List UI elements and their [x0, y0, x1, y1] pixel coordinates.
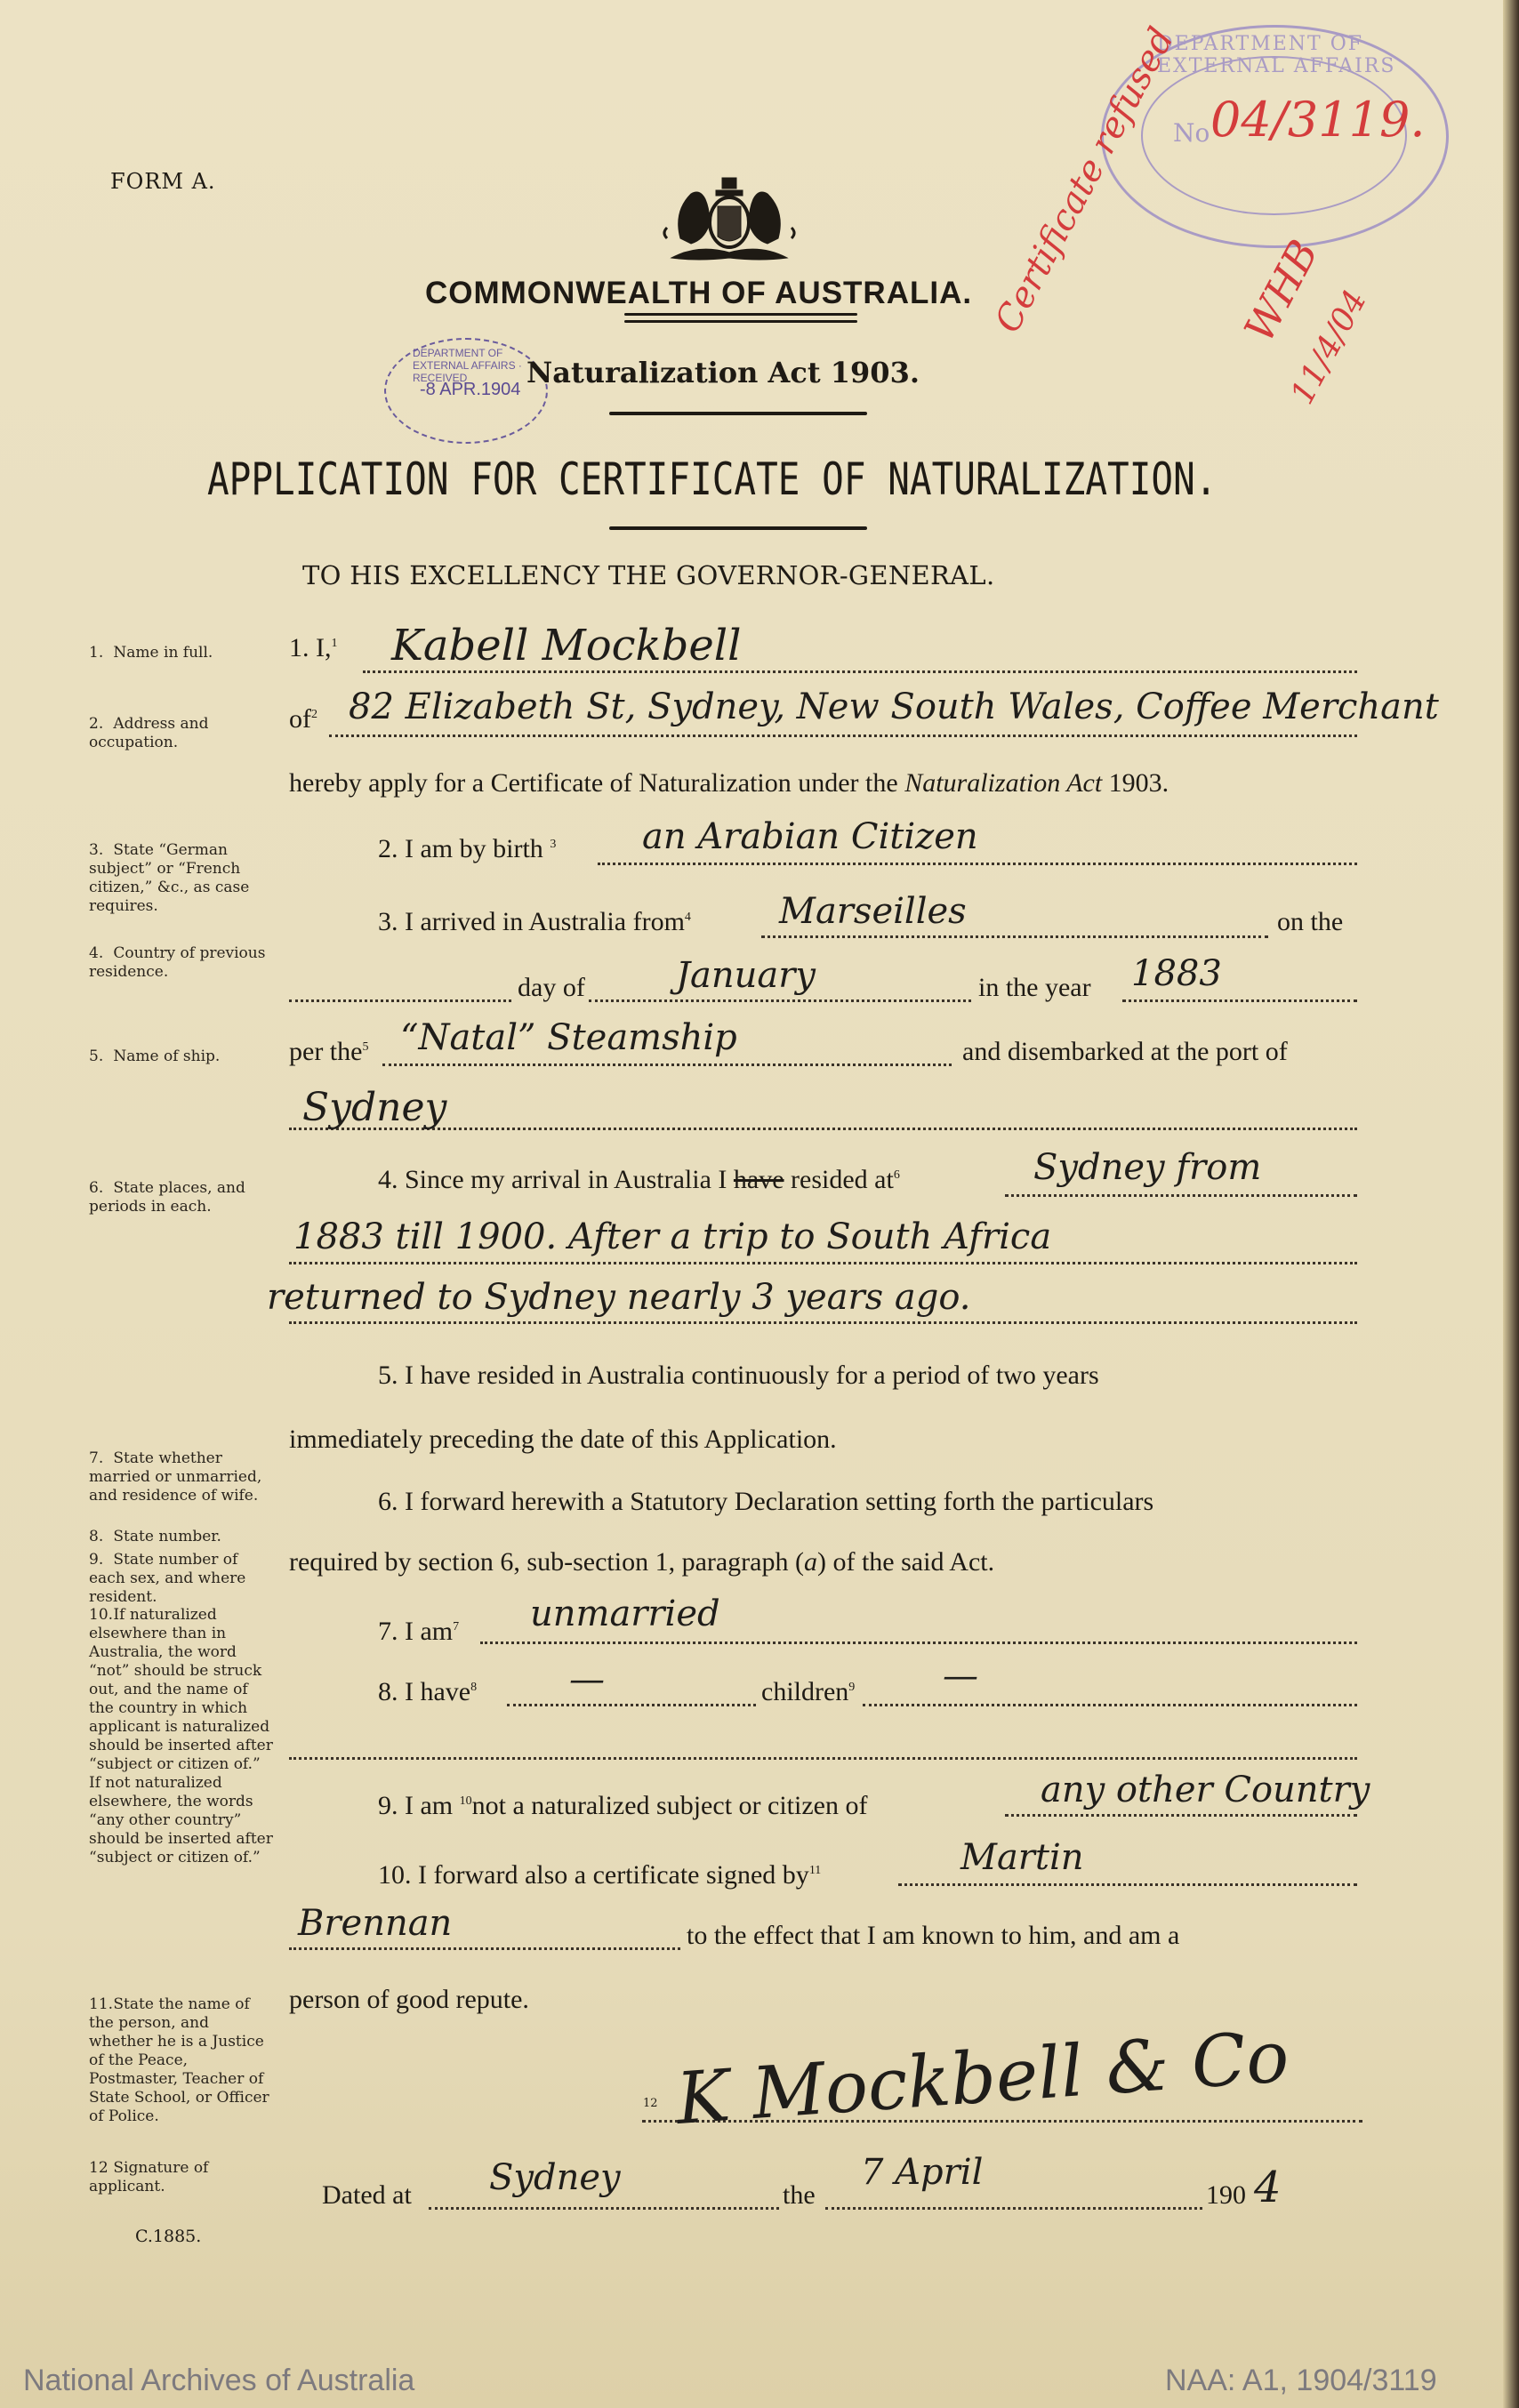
arrived-from[interactable]: Marseilles — [779, 891, 967, 932]
margin-note-6: 6. State places, and periods in each. — [89, 1179, 276, 1216]
document-title: APPLICATION FOR CERTIFICATE OF NATURALIZ… — [207, 454, 1217, 505]
certificate-signer-first[interactable]: Martin — [960, 1837, 1084, 1878]
dated-at-label: Dated at — [322, 2180, 412, 2211]
form-code: C.1885. — [135, 2227, 201, 2246]
footer-reference: NAA: A1, 1904/3119 — [1165, 2364, 1437, 2398]
name-line — [363, 670, 1357, 673]
double-rule-top — [624, 313, 857, 316]
p3-per-the: per the5 — [289, 1037, 368, 1067]
addressee: TO HIS EXCELLENCY THE GOVERNOR-GENERAL. — [302, 560, 994, 590]
department-stamp-number-prefix: No — [1173, 118, 1210, 148]
dated-place-line — [429, 2207, 779, 2210]
act-title: Naturalization Act 1903. — [526, 356, 920, 389]
margin-note-12: 12 Signature of applicant. — [89, 2159, 276, 2196]
double-rule-bottom — [624, 320, 857, 323]
p3-disembarked: and disembarked at the port of — [962, 1037, 1288, 1067]
document-page: FORM A. COMMONWEALTH OF AUSTRALIA. DEPAR… — [0, 0, 1508, 2408]
p1-of: of2 — [289, 704, 317, 734]
disembark-port[interactable]: Sydney — [302, 1085, 446, 1130]
p8-children: children9 — [761, 1677, 855, 1707]
p10-effect: to the effect that I am known to him, an… — [687, 1921, 1179, 1951]
children-number-line — [507, 1704, 756, 1706]
p1-prefix: 1. I,1 — [289, 633, 338, 663]
birth-nationality[interactable]: an Arabian Citizen — [642, 816, 978, 857]
p6-line1: 6. I forward herewith a Statutory Declar… — [378, 1487, 1153, 1517]
signature-footnote-marker: 12 — [643, 2097, 658, 2110]
margin-note-9: 9. State number of each sex, and where r… — [89, 1551, 276, 1607]
dated-year-prefix: 190 — [1206, 2180, 1246, 2211]
margin-note-11: 11. State the name of the person, and wh… — [89, 1995, 276, 2126]
received-stamp: DEPARTMENT OF EXTERNAL AFFAIRS · RECEIVE… — [384, 338, 548, 444]
port-line — [289, 1128, 1357, 1130]
p3-in-year: in the year — [978, 973, 1091, 1003]
year-line — [1122, 999, 1357, 1002]
children-detail-line — [863, 1704, 1357, 1706]
p6-line2: required by section 6, sub-section 1, pa… — [289, 1547, 994, 1577]
p3-day-of: day of — [518, 973, 585, 1003]
residence-line-2 — [289, 1262, 1357, 1264]
royal-coat-of-arms-icon — [654, 176, 805, 265]
department-stamp-number: 04/3119. — [1210, 92, 1426, 148]
margin-note-3: 3. State “German subject” or “French cit… — [89, 841, 276, 916]
residence-line-1 — [1005, 1194, 1357, 1197]
p8-prefix: 8. I have8 — [378, 1677, 477, 1707]
red-annotation-initials: WHB — [1234, 232, 1328, 349]
department-stamp-ring-text: DEPARTMENT OF EXTERNAL AFFAIRS — [1157, 33, 1446, 77]
p7-prefix: 7. I am7 — [378, 1617, 459, 1647]
p5-line1: 5. I have resided in Australia continuou… — [378, 1361, 1099, 1391]
margin-note-1: 1. Name in full. — [89, 644, 276, 662]
rule-after-act — [609, 412, 867, 415]
ship-name[interactable]: “Natal” Steamship — [400, 1017, 737, 1058]
dated-day-line — [825, 2207, 1202, 2210]
other-country[interactable]: any other Country — [1041, 1770, 1370, 1810]
page-edge-shadow — [1503, 0, 1519, 2408]
from-line — [761, 935, 1268, 938]
p3-on-the: on the — [1277, 907, 1343, 937]
form-label: FORM A. — [110, 169, 216, 194]
rule-after-title — [609, 526, 867, 530]
p9-prefix: 9. I am 10not a naturalized subject or c… — [378, 1791, 867, 1821]
p1-hereby: hereby apply for a Certificate of Natura… — [289, 768, 1169, 799]
dated-year-suffix[interactable]: 4 — [1254, 2163, 1282, 2212]
certificate-signer-last[interactable]: Brennan — [298, 1903, 452, 1944]
ship-line — [382, 1064, 952, 1066]
residence-line-3 — [289, 1321, 1357, 1324]
p10-prefix: 10. I forward also a certificate signed … — [378, 1860, 821, 1890]
residence-text-2[interactable]: 1883 till 1900. After a trip to South Af… — [293, 1216, 1051, 1257]
children-detail[interactable]: — — [943, 1656, 978, 1697]
p2-prefix: 2. I am by birth 3 — [378, 834, 556, 864]
p3-prefix: 3. I arrived in Australia from4 — [378, 907, 691, 937]
margin-note-8: 8. State number. — [89, 1528, 276, 1546]
dated-the: the — [783, 2180, 816, 2211]
residence-text-1[interactable]: Sydney from — [1033, 1147, 1261, 1188]
footer-archive-name: National Archives of Australia — [23, 2364, 414, 2398]
children-extra-line — [289, 1757, 1357, 1760]
received-stamp-date: -8 APR.1904 — [420, 380, 520, 400]
birth-line — [598, 863, 1357, 865]
signer-line-1 — [898, 1883, 1357, 1886]
children-number[interactable]: — — [569, 1659, 605, 1700]
margin-note-2: 2. Address and occupation. — [89, 715, 276, 752]
margin-note-7: 7. State whether married or unmarried, a… — [89, 1449, 276, 1505]
marital-line — [480, 1641, 1357, 1644]
signer-line-2 — [289, 1947, 680, 1950]
day-line — [289, 999, 511, 1002]
applicant-name[interactable]: Kabell Mockbell — [391, 621, 741, 670]
marital-status[interactable]: unmarried — [530, 1593, 720, 1634]
margin-note-10: 10. If naturalized elsewhere than in Aus… — [89, 1606, 276, 1867]
margin-note-4: 4. Country of previous residence. — [89, 944, 276, 982]
dated-day[interactable]: 7 April — [861, 2152, 983, 2193]
address-line — [329, 734, 1357, 737]
month-line — [589, 999, 971, 1002]
p10-repute: person of good repute. — [289, 1985, 529, 2015]
residence-text-3[interactable]: returned to Sydney nearly 3 years ago. — [267, 1277, 970, 1318]
margin-note-5: 5. Name of ship. — [89, 1047, 276, 1066]
p5-line2: immediately preceding the date of this A… — [289, 1425, 837, 1455]
applicant-address[interactable]: 82 Elizabeth St, Sydney, New South Wales… — [349, 686, 1439, 727]
arrival-year[interactable]: 1883 — [1131, 953, 1222, 994]
p4-prefix: 4. Since my arrival in Australia I have … — [378, 1165, 900, 1195]
other-country-line — [1005, 1814, 1357, 1817]
country-title: COMMONWEALTH OF AUSTRALIA. — [425, 276, 972, 311]
arrival-month[interactable]: January — [676, 955, 816, 996]
dated-place[interactable]: Sydney — [489, 2157, 621, 2198]
